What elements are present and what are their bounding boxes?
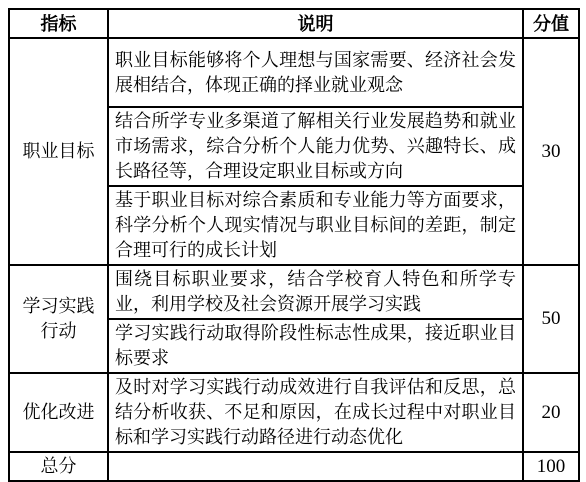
header-indicator: 指标 bbox=[9, 9, 108, 38]
description-cell: 围绕目标职业要求，结合学校育人特色和所学专业，利用学校及社会资源开展学习实践 bbox=[108, 265, 523, 319]
header-score: 分值 bbox=[523, 9, 579, 38]
indicator-learning-practice: 学习实践 行动 bbox=[9, 265, 108, 373]
total-row: 总分 100 bbox=[9, 452, 579, 481]
description-cell: 基于职业目标对综合素质和专业能力等方面要求，科学分析个人现实情况与职业目标间的差… bbox=[108, 186, 523, 265]
score-learning-practice: 50 bbox=[523, 265, 579, 373]
description-cell: 及时对学习实践行动成效进行自我评估和反思，总结分析收获、不足和原因，在成长过程中… bbox=[108, 373, 523, 452]
header-description: 说明 bbox=[108, 9, 523, 38]
indicator-optimize-improve: 优化改进 bbox=[9, 373, 108, 452]
total-label: 总分 bbox=[9, 452, 108, 481]
description-cell: 职业目标能够将个人理想与国家需要、经济社会发展相结合，体现正确的择业就业观念 bbox=[108, 38, 523, 107]
score-career-goal: 30 bbox=[523, 38, 579, 265]
table-row: 优化改进 及时对学习实践行动成效进行自我评估和反思，总结分析收获、不足和原因，在… bbox=[9, 373, 579, 452]
evaluation-criteria-table: 指标 说明 分值 职业目标 职业目标能够将个人理想与国家需要、经济社会发展相结合… bbox=[8, 8, 580, 482]
total-score: 100 bbox=[523, 452, 579, 481]
table-row: 职业目标 职业目标能够将个人理想与国家需要、经济社会发展相结合，体现正确的择业就… bbox=[9, 38, 579, 107]
indicator-career-goal: 职业目标 bbox=[9, 38, 108, 265]
table-row: 学习实践 行动 围绕目标职业要求，结合学校育人特色和所学专业，利用学校及社会资源… bbox=[9, 265, 579, 319]
description-cell: 结合所学专业多渠道了解相关行业发展趋势和就业市场需求，综合分析个人能力优势、兴趣… bbox=[108, 107, 523, 186]
description-cell: 学习实践行动取得阶段性标志性成果，接近职业目标要求 bbox=[108, 319, 523, 373]
header-row: 指标 说明 分值 bbox=[9, 9, 579, 38]
score-optimize-improve: 20 bbox=[523, 373, 579, 452]
total-description-cell bbox=[108, 452, 523, 481]
